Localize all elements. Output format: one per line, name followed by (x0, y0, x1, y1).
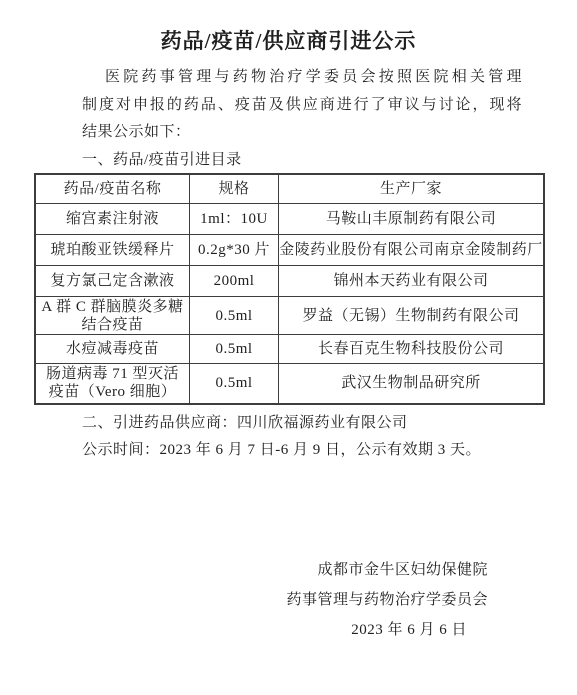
table-header-row: 药品/疫苗名称 规格 生产厂家 (35, 174, 544, 204)
cell-manufacturer: 马鞍山丰原制药有限公司 (279, 204, 545, 235)
cell-drug-name: 琥珀酸亚铁缓释片 (35, 235, 190, 266)
cell-manufacturer: 金陵药业股份有限公司南京金陵制药厂 (279, 235, 545, 266)
cell-spec: 200ml (190, 266, 279, 297)
signature-block: 成都市金牛区妇幼保健院 药事管理与药物治疗学委员会 2023 年 6 月 6 日 (0, 555, 577, 645)
cell-spec: 1ml：10U (190, 204, 279, 235)
table-row: 复方氯己定含漱液 200ml 锦州本天药业有限公司 (35, 266, 544, 297)
intro-line-2: 制度对申报的药品、疫苗及供应商进行了审议与讨论，现将 (82, 92, 522, 120)
table-row: 水痘减毒疫苗 0.5ml 长春百克生物科技股份公司 (35, 335, 544, 364)
cell-drug-name: 水痘减毒疫苗 (35, 335, 190, 364)
section2-supplier-line: 二、引进药品供应商：四川欣福源药业有限公司 (82, 410, 577, 437)
notice-period-line: 公示时间：2023 年 6 月 7 日-6 月 9 日，公示有效期 3 天。 (82, 437, 577, 464)
signature-committee: 药事管理与药物治疗学委员会 (0, 585, 488, 615)
cell-manufacturer: 长春百克生物科技股份公司 (279, 335, 545, 364)
header-name: 药品/疫苗名称 (35, 174, 190, 204)
table-row: 琥珀酸亚铁缓释片 0.2g*30 片 金陵药业股份有限公司南京金陵制药厂 (35, 235, 544, 266)
cell-drug-name: A 群 C 群脑膜炎多糖 结合疫苗 (35, 297, 190, 335)
header-manufacturer: 生产厂家 (279, 174, 545, 204)
cell-manufacturer: 锦州本天药业有限公司 (279, 266, 545, 297)
intro-line-3: 结果公示如下： (82, 119, 522, 147)
cell-drug-name: 缩宫素注射液 (35, 204, 190, 235)
table-row: A 群 C 群脑膜炎多糖 结合疫苗 0.5ml 罗益（无锡）生物制药有限公司 (35, 297, 544, 335)
cell-drug-name: 肠道病毒 71 型灭活 疫苗（Vero 细胞） (35, 364, 190, 404)
signature-org: 成都市金牛区妇幼保健院 (0, 555, 488, 585)
document-page: 药品/疫苗/供应商引进公示 医院药事管理与药物治疗学委员会按照医院相关管理 制度… (0, 0, 577, 695)
cell-spec: 0.2g*30 片 (190, 235, 279, 266)
cell-spec: 0.5ml (190, 364, 279, 404)
cell-manufacturer: 武汉生物制品研究所 (279, 364, 545, 404)
table-row: 肠道病毒 71 型灭活 疫苗（Vero 细胞） 0.5ml 武汉生物制品研究所 (35, 364, 544, 404)
drug-vaccine-table: 药品/疫苗名称 规格 生产厂家 缩宫素注射液 1ml：10U 马鞍山丰原制药有限… (34, 173, 545, 405)
cell-manufacturer: 罗益（无锡）生物制药有限公司 (279, 297, 545, 335)
section1-heading: 一、药品/疫苗引进目录 (82, 147, 577, 173)
cell-spec: 0.5ml (190, 335, 279, 364)
table-row: 缩宫素注射液 1ml：10U 马鞍山丰原制药有限公司 (35, 204, 544, 235)
header-spec: 规格 (190, 174, 279, 204)
signature-date: 2023 年 6 月 6 日 (0, 615, 488, 645)
intro-line-1: 医院药事管理与药物治疗学委员会按照医院相关管理 (82, 64, 522, 92)
cell-drug-name: 复方氯己定含漱液 (35, 266, 190, 297)
page-title: 药品/疫苗/供应商引进公示 (0, 0, 577, 55)
intro-paragraph: 医院药事管理与药物治疗学委员会按照医院相关管理 制度对申报的药品、疫苗及供应商进… (82, 64, 522, 147)
cell-spec: 0.5ml (190, 297, 279, 335)
